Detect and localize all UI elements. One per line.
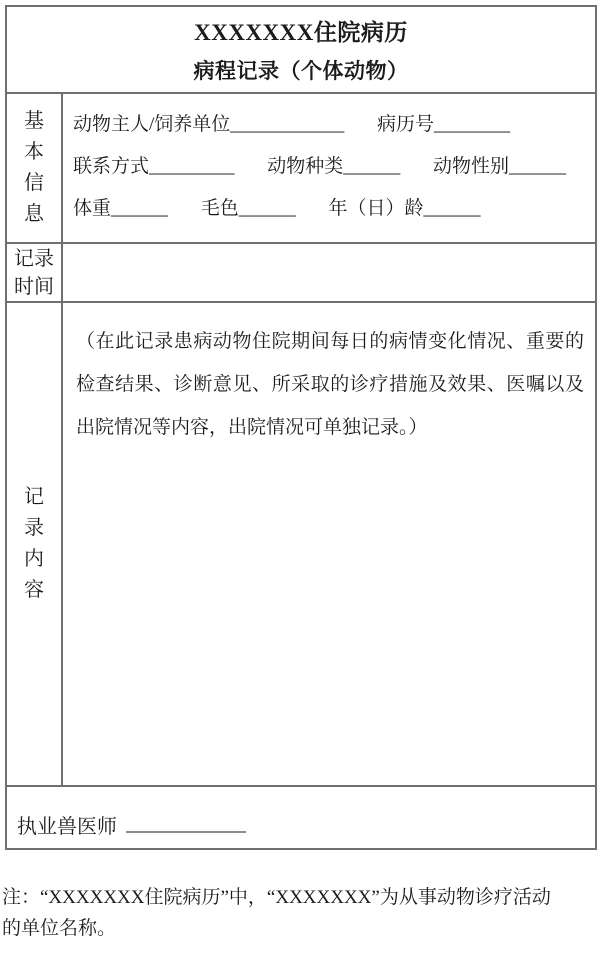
contact-field: 联系方式_________ <box>73 156 235 177</box>
basic-info-label-char: 息 <box>24 199 44 230</box>
owner-label: 动物主人/饲养单位 <box>73 114 230 135</box>
record-content-row: 记 录 内 容 （在此记录患病动物住院期间每日的病情变化情况、重要的 检查结果、… <box>7 303 595 787</box>
record-content-label-char: 录 <box>24 513 44 544</box>
age-field: 年（日）龄______ <box>329 198 481 219</box>
record-content-instructions: （在此记录患病动物住院期间每日的病情变化情况、重要的 检查结果、诊断意见、所采取… <box>63 303 595 785</box>
contact-blank: _________ <box>149 156 235 177</box>
species-blank: ______ <box>343 156 400 177</box>
basic-info-line-1: 动物主人/饲养单位____________ 病历号________ <box>73 104 591 146</box>
basic-info-line-2: 联系方式_________ 动物种类______ 动物性别______ <box>73 146 591 188</box>
instruction-line: 检查结果、诊断意见、所采取的诊疗措施及效果、医嘱以及 <box>76 363 584 406</box>
contact-label: 联系方式 <box>73 156 149 177</box>
weight-label: 体重 <box>73 198 111 219</box>
basic-info-label: 基 本 信 息 <box>7 94 63 242</box>
owner-blank: ____________ <box>230 114 344 135</box>
record-time-row: 记录 时间 <box>7 244 595 303</box>
record-content-label: 记 录 内 容 <box>7 303 63 785</box>
record-time-label-line: 时间 <box>14 273 54 301</box>
basic-info-fields: 动物主人/饲养单位____________ 病历号________ 联系方式__… <box>63 94 595 242</box>
age-label: 年（日）龄 <box>329 198 424 219</box>
record-time-label-line: 记录 <box>14 245 54 273</box>
sex-blank: ______ <box>509 156 566 177</box>
veterinarian-label: 执业兽医师 <box>17 810 117 839</box>
basic-info-label-char: 基 <box>24 106 44 137</box>
veterinarian-signature-blank: ____________ <box>126 813 246 836</box>
coat-color-label: 毛色 <box>201 198 239 219</box>
record-content-label-char: 内 <box>24 544 44 575</box>
form-header: XXXXXXX住院病历 病程记录（个体动物） <box>7 7 595 94</box>
veterinarian-signature-row: 执业兽医师 ____________ <box>7 787 595 848</box>
form-subtitle: 病程记录（个体动物） <box>194 55 409 85</box>
species-field: 动物种类______ <box>267 156 400 177</box>
record-time-value-cell <box>63 244 595 301</box>
weight-blank: ______ <box>111 198 168 219</box>
sex-field: 动物性别______ <box>433 156 566 177</box>
coat-color-blank: ______ <box>239 198 296 219</box>
basic-info-row: 基 本 信 息 动物主人/饲养单位____________ 病历号_______… <box>7 94 595 244</box>
instruction-line: 出院情况等内容，出院情况可单独记录。） <box>76 406 584 449</box>
record-content-label-char: 记 <box>24 482 44 513</box>
weight-field: 体重______ <box>73 198 168 219</box>
age-blank: ______ <box>424 198 481 219</box>
basic-info-label-char: 信 <box>24 168 44 199</box>
footnote: 注：“XXXXXXX住院病历”中，“XXXXXXX”为从事动物诊疗活动 的单位名… <box>2 882 598 944</box>
record-number-label: 病历号 <box>377 114 434 135</box>
record-content-label-char: 容 <box>24 575 44 606</box>
form-title: XXXXXXX住院病历 <box>194 14 408 47</box>
instruction-line: （在此记录患病动物住院期间每日的病情变化情况、重要的 <box>76 320 584 363</box>
basic-info-line-3: 体重______ 毛色______ 年（日）龄______ <box>73 188 591 230</box>
footnote-line: 的单位名称。 <box>2 913 598 944</box>
record-number-blank: ________ <box>434 114 510 135</box>
species-label: 动物种类 <box>267 156 343 177</box>
basic-info-label-char: 本 <box>24 137 44 168</box>
record-time-label: 记录 时间 <box>7 244 63 301</box>
owner-field: 动物主人/饲养单位____________ <box>73 114 344 135</box>
coat-color-field: 毛色______ <box>201 198 296 219</box>
record-number-field: 病历号________ <box>377 114 510 135</box>
medical-record-form: XXXXXXX住院病历 病程记录（个体动物） 基 本 信 息 动物主人/饲养单位… <box>5 5 597 850</box>
sex-label: 动物性别 <box>433 156 509 177</box>
footnote-line: 注：“XXXXXXX住院病历”中，“XXXXXXX”为从事动物诊疗活动 <box>2 882 598 913</box>
